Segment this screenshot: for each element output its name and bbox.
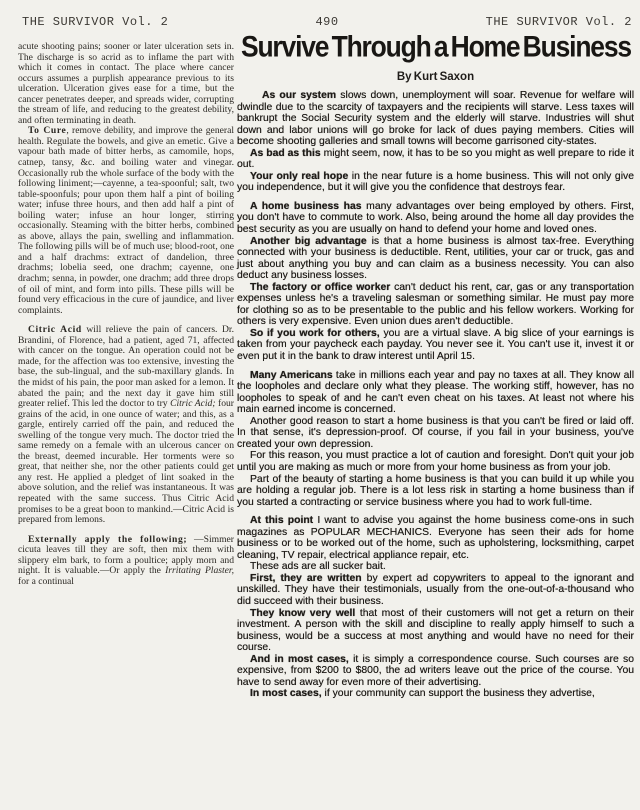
lead-in-text: In most cases, xyxy=(250,688,322,699)
body-text: Part of the beauty of starting a home bu… xyxy=(237,474,634,508)
paragraph: Another big advantage is that a home bus… xyxy=(237,236,634,282)
paragraph: A home business has many advantages over… xyxy=(237,201,634,236)
page-number: 490 xyxy=(315,15,338,29)
lead-in-text: First, they are written xyxy=(250,573,362,584)
paragraph: And in most cases, it is simply a corres… xyxy=(237,654,634,689)
lead-in-text: Your only real hope xyxy=(250,171,348,182)
lead-in-text: At this point xyxy=(250,515,313,526)
lead-in-text: A home business has xyxy=(250,201,362,212)
paragraph: To Cure, remove debility, and improve th… xyxy=(18,126,234,316)
paragraph: In most cases, if your community can sup… xyxy=(237,688,634,700)
lead-in-text: Externally apply the following; xyxy=(28,534,187,545)
lead-in-text: Many Americans xyxy=(250,370,333,381)
body-text: For this reason, you must practice a lot… xyxy=(237,450,634,473)
body-text: will relieve the pain of cancers. Dr. Br… xyxy=(18,324,234,409)
body-text: These ads are all sucker bait. xyxy=(250,561,386,572)
lead-in-text: As our system xyxy=(262,90,336,101)
paragraph: Externally apply the following; —Simmer … xyxy=(18,535,234,588)
lead-in-text: Another big advantage xyxy=(250,236,367,247)
lead-in-text: Citric Acid xyxy=(28,324,82,335)
body-text: , remove debility, and improve the gener… xyxy=(18,125,234,315)
running-title-right: THE SURVIVOR Vol. 2 xyxy=(486,15,632,29)
body-text: Another good reason to start a home busi… xyxy=(237,416,634,450)
paragraph: Part of the beauty of starting a home bu… xyxy=(237,474,634,509)
article-byline: By Kurt Saxon xyxy=(237,71,634,83)
paragraph: Another good reason to start a home busi… xyxy=(237,416,634,451)
paragraph: As our system slows down, unemployment w… xyxy=(237,90,634,148)
paragraph: The factory or office worker can't deduc… xyxy=(237,282,634,328)
italic-text: Irritating Plaster, xyxy=(165,565,234,576)
paragraph: At this point I want to advise you again… xyxy=(237,515,634,561)
body-text: if your community can support the busine… xyxy=(322,688,595,699)
article-title: Survive Through a Home Business xyxy=(241,30,630,64)
lead-in-text: And in most cases, xyxy=(250,654,349,665)
body-text: for a continual xyxy=(18,576,74,587)
lead-in-text: So if you work for others, xyxy=(250,328,380,339)
article-body: As our system slows down, unemployment w… xyxy=(237,90,634,700)
lead-in-text: The factory or office worker xyxy=(250,282,390,293)
lead-in-text: They know very well xyxy=(250,608,355,619)
body-text: acute shooting pains; sooner or later ul… xyxy=(18,41,234,126)
lead-in-text: To Cure xyxy=(28,125,66,136)
italic-text: Citric Acid; xyxy=(170,398,215,409)
paragraph: As bad as this might seem, now, it has t… xyxy=(237,148,634,171)
paragraph: Citric Acid will relieve the pain of can… xyxy=(18,325,234,525)
scanned-page: THE SURVIVOR Vol. 2 490 THE SURVIVOR Vol… xyxy=(0,0,640,810)
paragraph: So if you work for others, you are a vir… xyxy=(237,328,634,363)
page-header: THE SURVIVOR Vol. 2 490 THE SURVIVOR Vol… xyxy=(22,15,632,29)
lead-in-text: As bad as this xyxy=(250,148,321,159)
running-title-left: THE SURVIVOR Vol. 2 xyxy=(22,15,168,29)
paragraph: They know very well that most of their c… xyxy=(237,608,634,654)
paragraph: acute shooting pains; sooner or later ul… xyxy=(18,42,234,126)
article: Survive Through a Home Business By Kurt … xyxy=(237,30,634,700)
body-text: four grains of the acid, in one ounce of… xyxy=(18,398,234,525)
paragraph: These ads are all sucker bait. xyxy=(237,561,634,573)
left-column-text: acute shooting pains; sooner or later ul… xyxy=(18,42,234,587)
paragraph: For this reason, you must practice a lot… xyxy=(237,450,634,473)
paragraph: First, they are written by expert ad cop… xyxy=(237,573,634,608)
paragraph: Your only real hope in the near future i… xyxy=(237,171,634,194)
paragraph: Many Americans take in millions each yea… xyxy=(237,370,634,416)
